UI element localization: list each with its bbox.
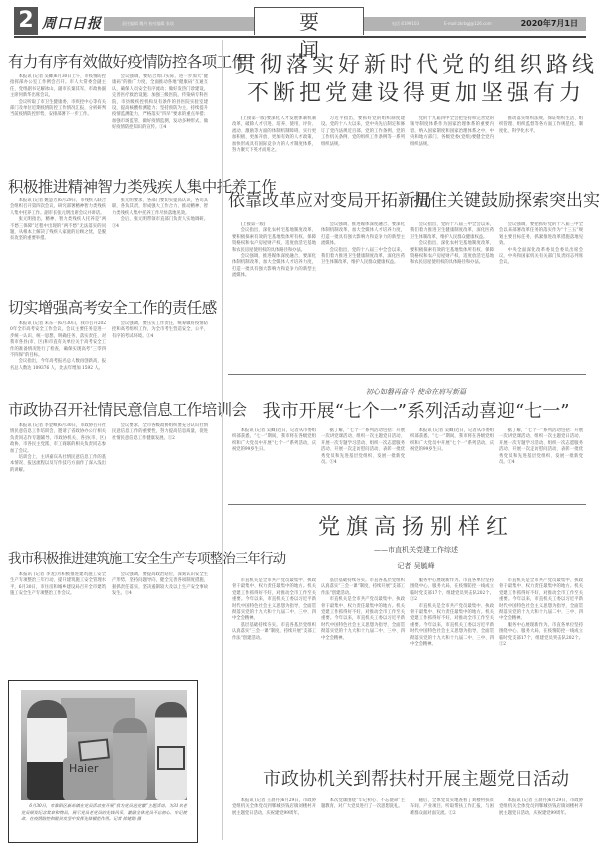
article-body: 推动落实组织法规，保证组织生活、组织管理、组织监督等各方面工作规范化、制度化、科…: [499, 116, 583, 158]
paragraph: 本报讯 (记者 王晨丹)6月29日，市政协党组机关全体党员到郸城县钱店镇刘楼村开…: [499, 798, 583, 817]
paragraph: 本报讯 (记者 王晨丹)6月29日，市政协党组机关全体党员到郸城县钱店镇刘楼村开…: [232, 798, 316, 817]
hotline: 电话 8199103: [392, 17, 419, 31]
article-body: 本报讯 (记者 李龙)为积极推进建筑施工安全生产专项整治三年行动，提升建筑施工安…: [10, 572, 106, 672]
paragraph: 张元明指出，精神、智力类残疾人托养是“两不愁三保障”过程中出现的“两不愁”无法落…: [10, 217, 106, 243]
article-body: 会议强调，要把抓好党的十八届三中全会以来部署改革任务的落实作为“十三五”规划主要…: [499, 222, 583, 372]
article-body: 随后，全体党员实地查看了刘楼村扶贫车间、产业项目，听取帮扶工作汇报，与困难群众面…: [410, 798, 494, 838]
paragraph: 本报讯 (记者 吴卿)近日，记者从市委组织部获悉，“七一”期间，我市将在各级党组…: [410, 428, 494, 454]
article-body: 市直机关是全市共产党员最集中、执政骨干最集中、权力责任最集中的地方。机关党建工作…: [499, 578, 583, 758]
paragraph: 会议指出，今年高考报名总人数再创新高，报名总人数达 109376 人，比去年增加…: [10, 359, 106, 372]
lead-headline-line1: 贯彻落实好新时代党的组织路线: [232, 52, 600, 80]
paragraph: 习近平指出，要抓好党的组织制度建设。党的十八大以来，党中央先后制定和修订了党内法…: [321, 116, 405, 148]
paragraph: 会议指出，深化农村宅基地制度改革，要积极探索有效的宅基地集体所有权、保障资格权和…: [410, 241, 494, 267]
paragraph: 会议要求，全市各级政协组织要充分认识社情民意信息工作的重要性，努力提高信息质量，…: [112, 423, 208, 442]
article-body: 基层基础持续夯实。市直各基层党组织认真落实“三会一课”制度，持续开展“支部工作法…: [321, 578, 405, 758]
paragraph: 会议指出，深化农村宅基地制度改革，要积极探索有效的宅基地集体所有权、保障资格权和…: [232, 228, 316, 254]
article-subtitle: ——市直机关党建工作综述: [232, 545, 600, 555]
paragraph: 本报讯 (记者 李金峰)6月30日，市政协召开社情民意信息工作培训会，邀请了省政…: [10, 423, 106, 455]
paragraph: 会议指出，党的十八届三中全会以来，我们着力推进卫生健康制度改革，深化医药卫生体制…: [321, 248, 405, 267]
paragraph: 本报讯 (记者 姚慧芳)6月29日，市残疾人联合会组织召开第四次会议，研究部署精…: [10, 198, 106, 217]
byline: 记者 吴毓峰: [232, 561, 600, 571]
article-body: 本报讯 (记者 王晨丹)6月29日，市政协党组机关全体党员到郸城县钱店镇刘楼村开…: [232, 798, 316, 838]
article-headline-left: 依靠改革应对变局开拓新局: [228, 186, 432, 211]
paragraph: 服务中心展现新作为。市直各单位坚持围绕中心、服务大局，在疫情防控一线成立临时党支…: [499, 623, 583, 649]
article-body: 服务中心展现新作为。市直各单位坚持围绕中心、服务大局，在疫情防控一线成立临时党支…: [410, 578, 494, 758]
paragraph: 本报讯 (记者 李龙)为积极推进建筑施工安全生产专项整治三年行动，提升建筑施工安…: [10, 572, 106, 598]
page-number: 2: [14, 7, 38, 35]
article-body: 党的十九届四中全会把坚持和完善党的领导制度体系作为国家治理体系的重要内容，纳入国…: [410, 116, 494, 158]
paragraph: 张元明要求，各部门要切实提高认识，各司其职，各负其责，形成强大工作合力，推动精神…: [112, 198, 208, 217]
paragraph: 会议强调，要结合周口实际，进一步加大“健康码”的推广力度，全面推动各地“健康码”…: [112, 74, 208, 132]
kicker-line: 初心如磐再奋斗 使命在肩写新篇: [232, 387, 600, 397]
article-body: 本报讯 (记者 吴卿)近日，记者从市委组织部获悉，“七一”期间，我市将在各级党组…: [232, 428, 316, 496]
news-photo: Haier: [21, 690, 187, 800]
paragraph: 市直机关是全市共产党员最集中、执政骨干最集中、权力责任最集中的地方。机关党建工作…: [410, 604, 494, 649]
article-body: 会议强调，推进媒体深度融合，要深化体制机制改革，加大全媒体人才培养力度，打造一批…: [321, 222, 405, 372]
article-body: 据了解，“七个一”系列活动包括：开展一次讲党课活动、组织一次主题党日活动、开展一…: [499, 428, 583, 496]
article-body: 本报讯 (记者 姚慧芳)6月29日，市残疾人联合会组织召开第四次会议，研究部署精…: [10, 198, 106, 275]
paragraph: 会议强调，要把抓好党的十八届三中全会以来部署改革任务的落实作为“十三五”规划主要…: [499, 222, 583, 248]
paragraph: 会议强调，推进媒体深度融合，要深化体制机制改革，加大全媒体人才培养力度，打造一批…: [232, 254, 316, 280]
section-rule: [228, 504, 586, 505]
paragraph: 会议听取了市卫生健康委、市疾控中心等有关部门及单位近期疫情防控工作情况汇报，分析…: [10, 100, 106, 119]
paragraph: 中央全面深化改革委员会委员出席会议，中央和国家机关有关部门负责同志列席会议。: [499, 248, 583, 267]
article-body: 习近平指出，要抓好党的组织制度建设。党的十八大以来，党中央先后制定和修订了党内法…: [321, 116, 405, 158]
paragraph: 会议强调，推进媒体深度融合，要深化体制机制改革，加大全媒体人才培养力度，打造一批…: [321, 222, 405, 248]
paragraph: 本次党课围绕“牢记初心、不忘使命”主题教育，对广大党员进行了一次思想洗礼。: [321, 798, 405, 811]
paragraph: (上接第一版)要深化人才发展体制机制改革，破除人才引进、培养、使用、评价、流动、…: [232, 116, 316, 154]
article-body: 本报讯 (记者 李金峰)6月30日，市政协召开社情民意信息工作培训会，邀请了省政…: [10, 423, 106, 528]
paragraph: 本报讯 (记者 朱东一)6月30日，我市召开2020年全市高考安全工作会议。会议…: [10, 321, 106, 359]
article-headline: 切实增强高考安全工作的责任感: [8, 296, 217, 318]
column-divider: [222, 40, 223, 840]
paragraph: 本报讯 (记者 吴卿)近日，记者从市委组织部获悉，“七一”期间，我市将在各级党组…: [232, 428, 316, 454]
article-body: 会议要求，全市各级政协组织要充分认识社情民意信息工作的重要性，努力提高信息质量，…: [112, 423, 208, 528]
editor-info-bar: 责任编辑 魏丹 校对编辑 张琰: [104, 17, 258, 31]
paragraph: 市直机关是全市共产党员最集中、执政骨干最集中、权力责任最集中的地方。机关党建工作…: [499, 578, 583, 623]
article-headline-right: 扭住关键鼓励探索突出实效: [413, 186, 600, 211]
article-headline: 市政协机关到帮扶村开展主题党日活动: [232, 766, 600, 794]
paragraph: 培训会上，主讲嘉宾从社情民意信息工作的基本情况、报送流程以及写作技巧方面作了深入…: [10, 455, 106, 474]
paragraph: 随后，全体党员实地查看了刘楼村扶贫车间、产业项目，听取帮扶工作汇报，与困难群众面…: [410, 798, 494, 817]
paragraph: 会后，张元明带领市直部门负责人实地调研。①4: [112, 217, 208, 230]
article-body: 市直机关是全市共产党员最集中、执政骨干最集中、权力责任最集中的地方。机关党建工作…: [232, 578, 316, 758]
paragraph: 市直机关是全市共产党员最集中、执政骨干最集中、权力责任最集中的地方。机关党建工作…: [321, 597, 405, 642]
paragraph: 会议指出，党的十八届三中全会以来，我们着力推进卫生健康制度改革，深化医药卫生体制…: [410, 222, 494, 241]
paragraph: 服务中心展现新作为。市直各单位坚持围绕中心、服务大局，在疫情防控一线成立临时党支…: [410, 578, 494, 604]
paragraph: 会议强调，要提高政治站位，深刻认识安全生产形势，坚持问题导向，健全完善各项制度措…: [112, 572, 208, 598]
paper-name-logo: 周口日报: [42, 13, 102, 33]
masthead: 2 周口日报 责任编辑 魏丹 校对编辑 张琰 要闻 电话 8199103 E-m…: [14, 7, 586, 35]
email: E-mail:zkrbgj@126.com: [444, 17, 492, 31]
article-body: 本报讯 (记者 朱东一)6月30日，我市召开2020年全市高考安全工作会议。会议…: [10, 321, 106, 404]
article-body: 本报讯 (记者 吴卿)6月30日上午，市疫情防控指挥部办公室工作例会召开。市人大…: [10, 74, 106, 134]
section-rule: [228, 374, 586, 375]
lead-headline-line2: 不断把党建设得更加坚强有力: [232, 80, 600, 108]
article-body: 会议强调，要提高政治站位，深刻认识安全生产形势，坚持问题导向，健全完善各项制度措…: [112, 572, 208, 672]
photo-caption: 6月30日，市淮阳区新站镇在党员活动室开展“我为党员送党徽”主题活动，为31名老…: [21, 803, 187, 823]
paragraph: 本报讯 (记者 吴卿)6月30日上午，市疫情防控指挥部办公室工作例会召开。市人大…: [10, 74, 106, 100]
section-title: 要闻: [254, 7, 364, 35]
brand-text: Haier: [69, 762, 98, 775]
article-body: 本次党课围绕“牢记初心、不忘使命”主题教育，对广大党员进行了一次思想洗礼。: [321, 798, 405, 838]
paragraph: 推动落实组织法规，保证组织生活、组织管理、组织监督等各方面工作规范化、制度化、科…: [499, 116, 583, 135]
paragraph: 据了解，“七个一”系列活动包括：开展一次讲党课活动、组织一次主题党日活动、开展一…: [499, 428, 583, 466]
paragraph: 基层基础持续夯实。市直各基层党组织认真落实“三会一课”制度，持续开展“支部工作法…: [321, 578, 405, 597]
article-body: 张元明要求，各部门要切实提高认识，各司其职，各负其责，形成强大工作合力，推动精神…: [112, 198, 208, 275]
photo-person: [27, 700, 67, 800]
article-headline: 党旗高扬别样红: [232, 514, 600, 542]
article-body: 会议强调，要压实工作责任，统筹做好疫情防控和高考组织工作，为全市考生营造安全、公…: [112, 321, 208, 404]
article-body: 据了解，“七个一”系列活动包括：开展一次讲党课活动、组织一次主题党日活动、开展一…: [321, 428, 405, 496]
article-headline: 市政协召开社情民意信息工作培训会: [8, 398, 246, 420]
article-body: (上接第一版)要深化人才发展体制机制改革，破除人才引进、培养、使用、评价、流动、…: [232, 116, 316, 158]
paragraph: 党的十九届四中全会把坚持和完善党的领导制度体系作为国家治理体系的重要内容，纳入国…: [410, 116, 494, 148]
article-body: 会议指出，党的十八届三中全会以来，我们着力推进卫生健康制度改革，深化医药卫生体制…: [410, 222, 494, 372]
paragraph: 基层基础持续夯实。市直各基层党组织认真落实“三会一课”制度，持续开展“支部工作法…: [232, 623, 316, 642]
article-headline: 有力有序有效做好疫情防控各项工作: [8, 50, 246, 72]
article-body: (上接第一版) 会议指出，深化农村宅基地制度改革，要积极探索有效的宅基地集体所有…: [232, 222, 316, 372]
paragraph: 据了解，“七个一”系列活动包括：开展一次讲党课活动、组织一次主题党日活动、开展一…: [321, 428, 405, 466]
photo-plaque: [78, 738, 110, 761]
masthead-rule: [14, 36, 586, 38]
paragraph: 会议强调，要压实工作责任，统筹做好疫情防控和高考组织工作，为全市考生营造安全、公…: [112, 321, 208, 340]
issue-date: 2020年7月1日: [521, 17, 578, 31]
article-headline: 我市开展“七个一”系列活动喜迎“七一”: [232, 398, 600, 426]
photo-plaque: [157, 746, 185, 770]
photo-person: [113, 718, 147, 800]
article-body: 会议强调，要结合周口实际，进一步加大“健康码”的推广力度，全面推动各地“健康码”…: [112, 74, 208, 134]
news-photo-frame: Haier 6月30日，市淮阳区新站镇在党员活动室开展“我为党员送党徽”主题活动…: [8, 680, 198, 843]
article-body: 本报讯 (记者 吴卿)近日，记者从市委组织部获悉，“七一”期间，我市将在各级党组…: [410, 428, 494, 496]
date-bar: 电话 8199103 E-mail:zkrbgj@126.com 2020年7月…: [364, 17, 586, 31]
paragraph: 市直机关是全市共产党员最集中、执政骨干最集中、权力责任最集中的地方。机关党建工作…: [232, 578, 316, 623]
article-body: 本报讯 (记者 王晨丹)6月29日，市政协党组机关全体党员到郸城县钱店镇刘楼村开…: [499, 798, 583, 838]
